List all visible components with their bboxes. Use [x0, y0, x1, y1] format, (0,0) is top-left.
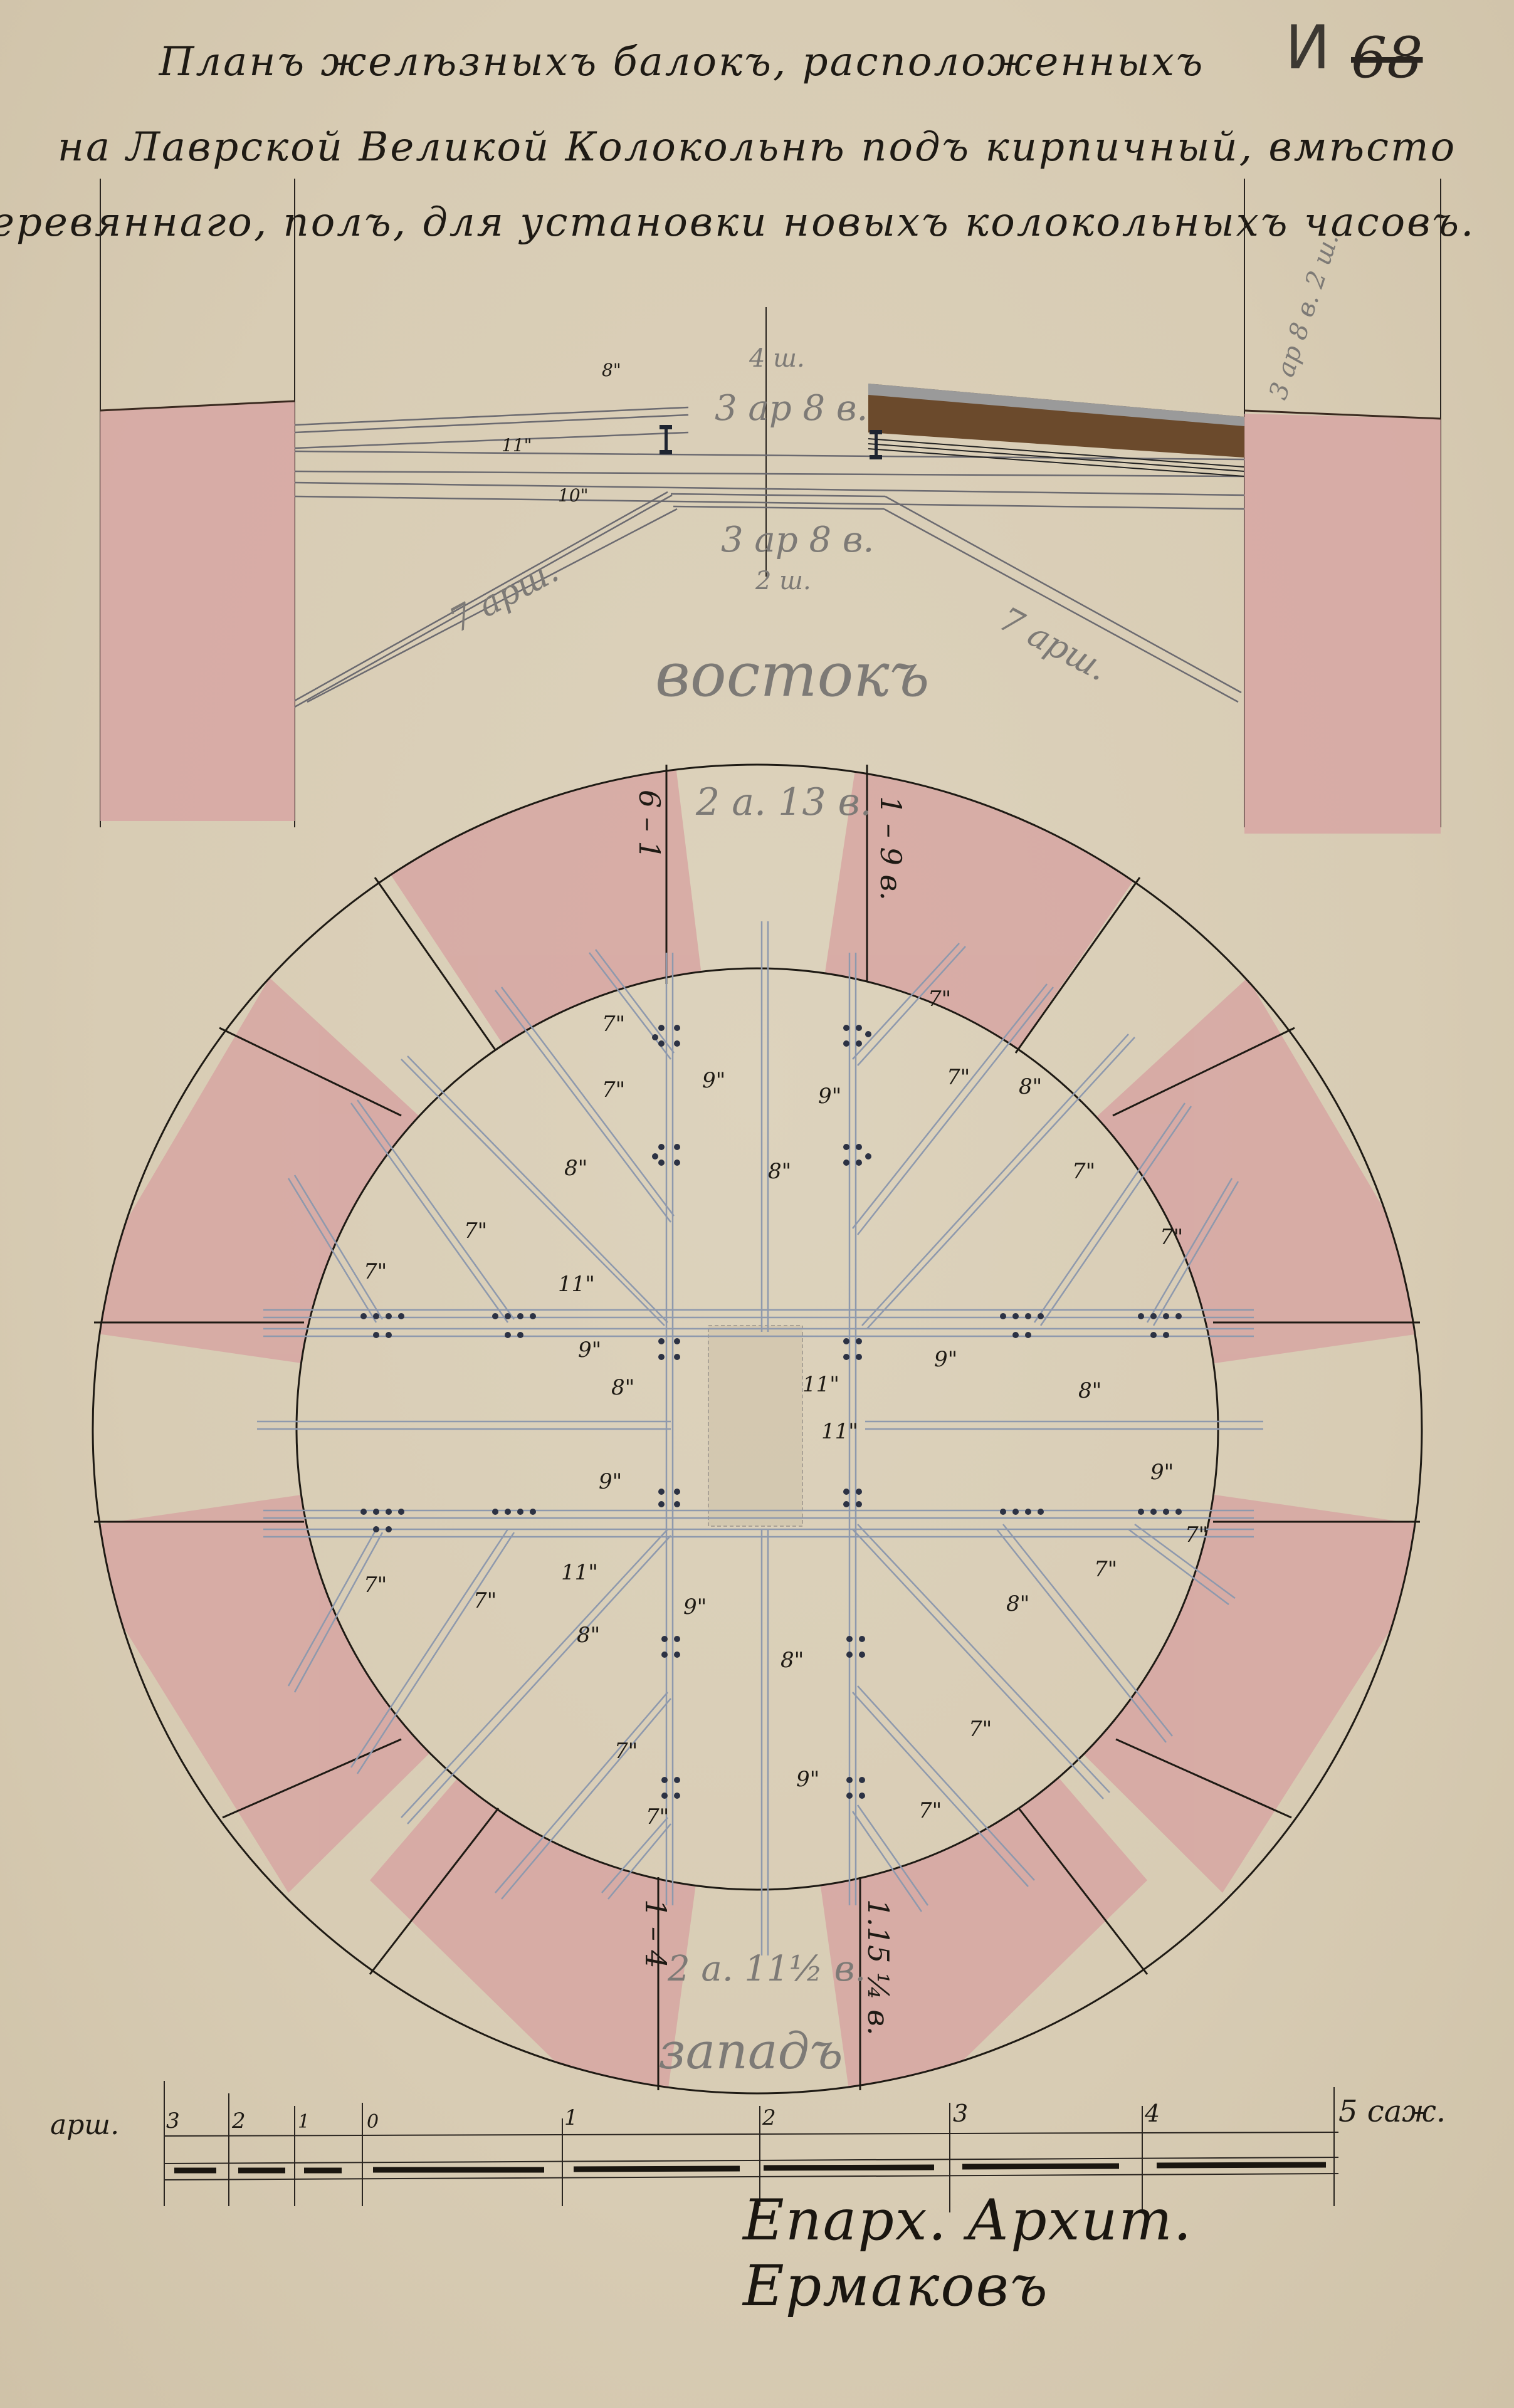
- central-opening: [708, 1326, 802, 1526]
- beam-size-label: 9": [702, 1068, 725, 1093]
- beam-size-label: 8": [1019, 1074, 1042, 1099]
- scale-unit-right: 5 саж.: [1338, 2094, 1446, 2129]
- beam-size-label: 8": [768, 1159, 791, 1184]
- beam-size-label: 7": [1094, 1557, 1117, 1582]
- beam-size-label: 7": [646, 1804, 669, 1830]
- scale-tick-r4: 4: [1144, 2100, 1160, 2127]
- section-left-diag-label: 7 арш.: [443, 550, 565, 640]
- beam-size-label: 8": [611, 1375, 634, 1400]
- beam-size-label: 7": [1160, 1225, 1183, 1250]
- top-right-mark: 1 – 9 в.: [874, 796, 908, 901]
- bottom-right-mark: 1.15 ¼ в.: [861, 1899, 895, 2036]
- bottom-opening-label: 2 а. 11½ в.: [667, 1949, 866, 1989]
- scale-tick-r1: 1: [564, 2105, 578, 2130]
- beam-size-label: 8": [577, 1623, 600, 1648]
- beam-size-label: 9": [934, 1347, 957, 1372]
- beam-size-label: 7": [602, 1077, 625, 1102]
- beam-size-label: 7": [614, 1739, 638, 1764]
- beam-size-label: 7": [918, 1798, 942, 1823]
- beam-size-label: 7": [969, 1717, 992, 1742]
- wall-right: [1244, 414, 1441, 834]
- scale-tick-1: 1: [298, 2111, 310, 2133]
- scale-tick-r3: 3: [953, 2100, 968, 2127]
- beam-size-label: 11": [802, 1372, 839, 1397]
- beam-size-label: 7": [1185, 1522, 1208, 1547]
- scale-unit-left: арш.: [50, 2109, 119, 2141]
- beam-size-label: 9": [1150, 1460, 1174, 1485]
- beam-size-label: 7": [464, 1218, 487, 1243]
- plan-view: 7"7"7"9"9"7"8"8"8"7"7"7"7"11"9"8"11"9"11…: [63, 689, 1454, 2162]
- beam-size-label: 7": [928, 987, 951, 1012]
- beam-label-8: 8": [602, 360, 621, 380]
- section-label-4sh: 4 ш.: [749, 344, 805, 373]
- scale-tick-0: 0: [367, 2111, 379, 2133]
- beam-size-label: 9": [683, 1594, 707, 1620]
- section-label-top: 3 ар 8 в.: [715, 388, 868, 429]
- beam-size-label: 9": [818, 1084, 841, 1109]
- beam-size-label: 8": [564, 1156, 587, 1181]
- beam-size-label: 7": [364, 1573, 387, 1598]
- section-view: 4 ш. 3 ар 8 в. 3 ар 8 в. 2 ш. 8" 11" 10"…: [100, 179, 1441, 834]
- wall-left: [100, 401, 295, 821]
- orientation-east: востокъ: [655, 640, 930, 710]
- orientation-west: западъ: [658, 2022, 843, 2080]
- beam-size-label: 7": [473, 1588, 497, 1613]
- section-margin-note: 3 ар 8 в. 2 ш.: [1264, 229, 1345, 403]
- beam-label-11: 11": [502, 435, 532, 456]
- beam-size-label: 7": [602, 1012, 625, 1037]
- beam-size-label: 8": [781, 1648, 804, 1673]
- drawing-sheet: Планъ желѣзныхъ балокъ, расположенныхъ н…: [0, 0, 1514, 2408]
- scale-tick-2: 2: [231, 2108, 246, 2133]
- scale-tick-r2: 2: [762, 2105, 776, 2130]
- beam-size-label: 9": [578, 1337, 601, 1363]
- beam-label-10: 10": [558, 485, 589, 506]
- beam-size-label: 11": [821, 1419, 858, 1444]
- bottom-left-mark: 1 – 4: [639, 1899, 673, 1969]
- top-left-mark: 6 – 1: [633, 790, 666, 859]
- beam-size-label: 11": [558, 1272, 595, 1297]
- technical-drawing: 4 ш. 3 ар 8 в. 3 ар 8 в. 2 ш. 8" 11" 10"…: [0, 0, 1514, 2408]
- section-label-2sh: 2 ш.: [755, 567, 811, 595]
- beam-size-label: 7": [1072, 1159, 1095, 1184]
- architect-signature: Епарх. Архит. Ермаковъ: [743, 2187, 1514, 2319]
- i-beam-left-icon: [660, 425, 672, 454]
- beam-size-label: 11": [561, 1560, 598, 1585]
- beam-size-label: 8": [1078, 1378, 1101, 1403]
- beam-size-label: 7": [364, 1259, 387, 1284]
- top-opening-label: 2 а. 13 в.: [695, 780, 872, 824]
- beam-size-label: 8": [1006, 1591, 1029, 1616]
- beam-size-label: 7": [947, 1065, 970, 1090]
- beam-size-label: 9": [599, 1469, 622, 1494]
- beam-size-label: 9": [796, 1767, 819, 1792]
- scale-tick-3: 3: [166, 2108, 180, 2133]
- section-label-middle: 3 ар 8 в.: [721, 520, 874, 560]
